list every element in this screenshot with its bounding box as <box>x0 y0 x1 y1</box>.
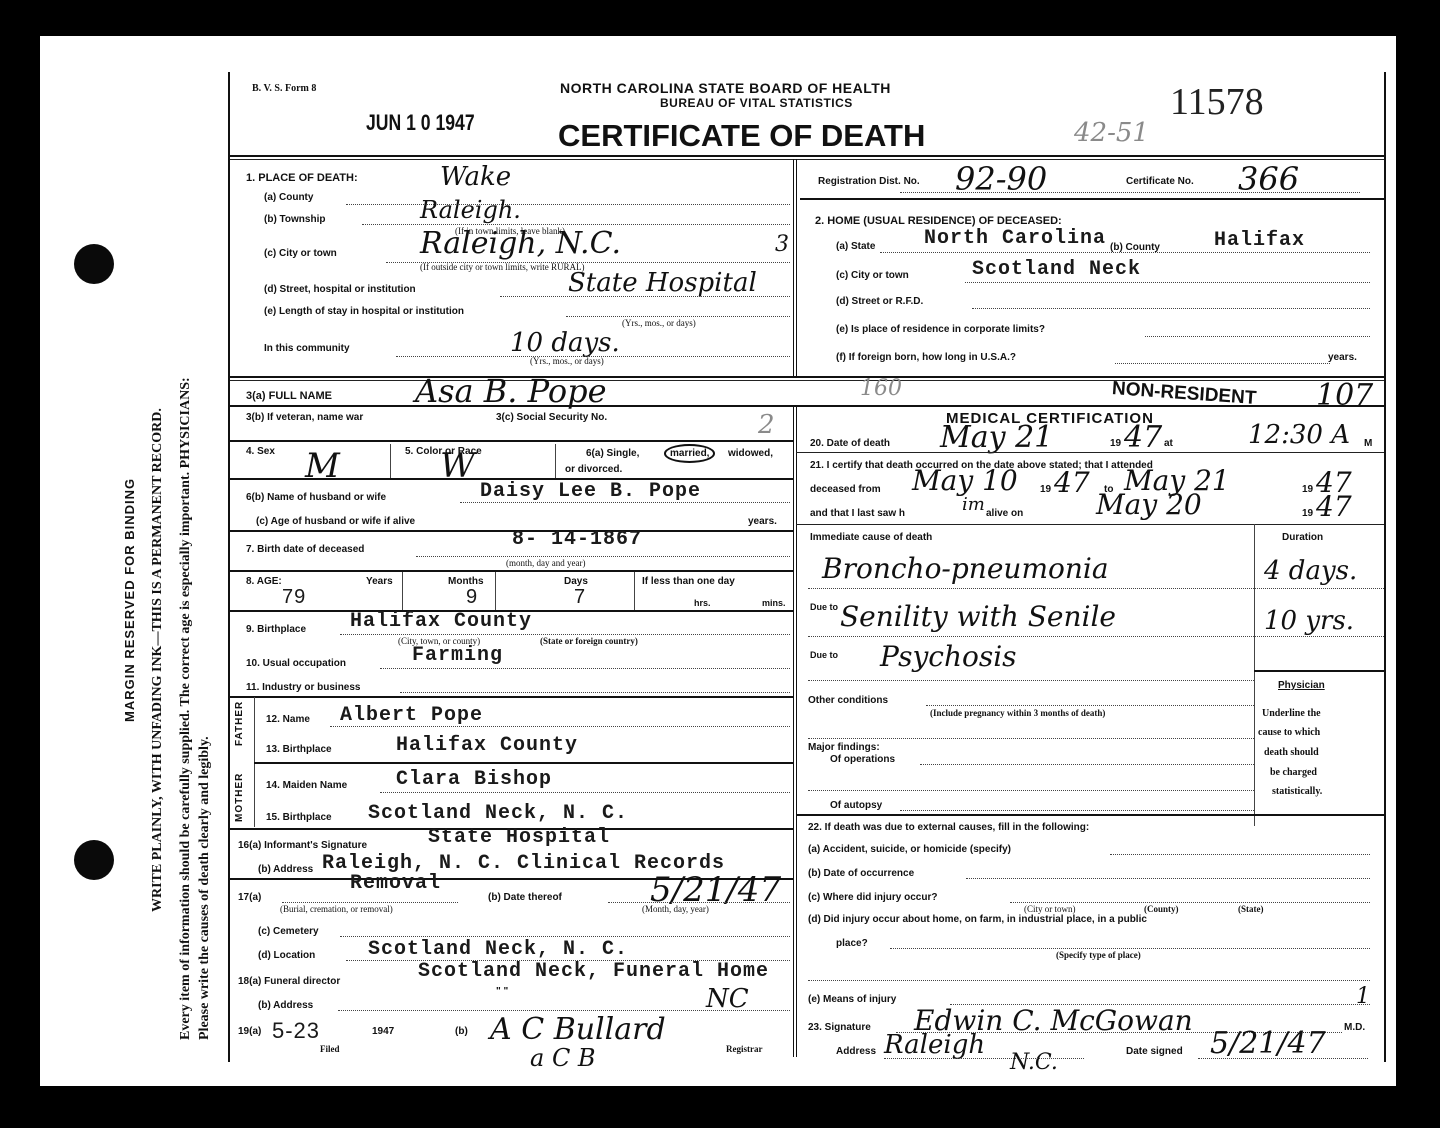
form-id: B. V. S. Form 8 <box>252 83 316 94</box>
age-years-label: Years <box>366 576 393 587</box>
pencil-code: 42-51 <box>1074 118 1149 148</box>
birthplace-note-state: (State or foreign country) <box>540 636 638 646</box>
line <box>884 1058 1084 1059</box>
home-corporate-label: (e) Is place of residence in corporate l… <box>836 324 1045 335</box>
certificate-paper <box>40 36 1396 1086</box>
mother-birthplace-label: 15. Birthplace <box>266 812 332 823</box>
line <box>566 316 790 317</box>
line <box>380 792 790 793</box>
alive-on-year: 47 <box>1316 490 1352 523</box>
date-signed-value: 5/21/47 <box>1210 1026 1326 1061</box>
operations-label: Of operations <box>830 754 895 765</box>
marital-single: 6(a) Single, <box>586 448 639 459</box>
rule <box>230 405 1384 407</box>
death-time-at: at <box>1164 438 1173 449</box>
registrar-initials: a C B <box>530 1044 596 1072</box>
physician-note-4: be charged <box>1270 767 1317 778</box>
death-street-value: State Hospital <box>568 268 757 298</box>
cemetery-label: (c) Cemetery <box>258 926 319 937</box>
age-years-value: 79 <box>282 586 306 609</box>
line <box>808 680 1254 681</box>
other-conditions-note: (Include pregnancy within 3 months of de… <box>930 708 1105 718</box>
birthplace-label: 9. Birthplace <box>246 624 306 635</box>
death-year-prefix: 19 <box>1110 438 1121 449</box>
board-name: NORTH CAROLINA STATE BOARD OF HEALTH <box>560 80 891 96</box>
age-months-value: 9 <box>466 586 478 609</box>
line <box>890 948 1370 949</box>
funeral-director-value: Scotland Neck, Funeral Home <box>418 960 769 983</box>
informant-address-label: (b) Address <box>258 864 313 875</box>
rule <box>230 570 793 572</box>
line <box>920 764 1254 765</box>
line <box>808 790 1254 791</box>
death-time-suffix: M <box>1364 438 1372 449</box>
line <box>972 308 1370 309</box>
line <box>900 810 1254 811</box>
major-findings-label: Major findings: <box>808 742 880 753</box>
frame-right-border <box>1384 72 1386 1062</box>
divider <box>495 572 496 610</box>
external-c-county: (County) <box>1144 904 1179 914</box>
home-street-label: (d) Street or R.F.D. <box>836 296 923 307</box>
physician-note-3: death should <box>1264 747 1319 758</box>
registrar-signature: A C Bullard <box>490 1012 666 1047</box>
line <box>400 692 790 693</box>
sex-label: 4. Sex <box>246 446 275 457</box>
death-street-label: (d) Street, hospital or institution <box>264 284 416 295</box>
occupation-label: 10. Usual occupation <box>246 658 346 669</box>
rule <box>230 696 793 698</box>
disposal-note: (Burial, cremation, or removal) <box>280 904 393 914</box>
birth-date-value: 8- 14-1867 <box>512 528 642 551</box>
death-city-mark: 3 <box>775 232 789 257</box>
frame-left-border <box>228 72 230 1062</box>
birthplace-value: Halifax County <box>350 610 532 633</box>
funeral-director-marks: " " <box>496 986 508 997</box>
line <box>880 252 1370 253</box>
death-county-value: Wake <box>440 162 511 192</box>
registrar-note: Registrar <box>726 1044 762 1054</box>
alive-on-value: May 20 <box>1096 488 1202 521</box>
cause-2-value: Senility with Senile <box>840 600 1116 633</box>
mother-tag: MOTHER <box>234 773 245 822</box>
line <box>346 204 790 205</box>
external-c-label: (c) Where did injury occur? <box>808 892 937 903</box>
father-name-label: 12. Name <box>266 714 310 725</box>
external-e-label: (e) Means of injury <box>808 994 896 1005</box>
disposal-date-note: (Month, day, year) <box>642 904 709 914</box>
due-to-label-1: Due to <box>810 602 838 612</box>
spouse-value: Daisy Lee B. Pope <box>480 480 701 503</box>
marital-married-circled: married, <box>664 444 715 463</box>
divider <box>402 572 403 610</box>
rule <box>796 524 1384 525</box>
home-foreign-suffix: years. <box>1328 352 1357 363</box>
main-divider <box>793 405 797 1057</box>
last-saw-pronoun: im <box>962 494 985 515</box>
registrar-label: (b) <box>455 1026 468 1037</box>
informant-signature-value: State Hospital <box>428 826 610 849</box>
external-b-label: (b) Date of occurrence <box>808 868 914 879</box>
external-d-note: (Specify type of place) <box>1056 950 1141 960</box>
community-label: In this community <box>264 343 350 354</box>
line <box>1115 363 1330 364</box>
line <box>926 705 1254 706</box>
home-city-label: (c) City or town <box>836 270 909 281</box>
line <box>460 502 790 503</box>
death-time-value: 12:30 A <box>1248 420 1350 450</box>
line <box>1198 1058 1368 1059</box>
divider <box>634 572 635 610</box>
line <box>608 902 790 903</box>
line <box>338 1010 790 1011</box>
death-city-value: Raleigh, N.C. <box>420 226 621 261</box>
divider <box>555 444 556 478</box>
funeral-director-label: 18(a) Funeral director <box>238 976 340 987</box>
binder-hole-top <box>74 244 114 284</box>
home-city-value: Scotland Neck <box>972 258 1141 281</box>
death-city-label: (c) City or town <box>264 248 337 259</box>
line <box>808 588 1384 589</box>
rule <box>230 440 793 442</box>
duration-divider <box>1254 524 1255 826</box>
stay-note: (Yrs., mos., or days) <box>622 318 696 328</box>
birth-date-label: 7. Birth date of deceased <box>246 544 364 555</box>
home-county-value: Halifax <box>1214 229 1305 252</box>
file-number: 11578 <box>1170 80 1264 124</box>
rule <box>796 814 1384 816</box>
attended-from-value: May 10 <box>912 464 1018 497</box>
father-birthplace-value: Halifax County <box>396 734 578 757</box>
duration-label: Duration <box>1282 532 1323 543</box>
registration-label: Registration Dist. No. <box>818 176 920 187</box>
spouse-label: 6(b) Name of husband or wife <box>246 492 386 503</box>
death-year: 47 <box>1124 420 1162 455</box>
line <box>282 902 458 903</box>
non-resident-code: 107 <box>1316 378 1373 413</box>
place-of-death-heading: 1. PLACE OF DEATH: <box>246 172 358 184</box>
cause-3-value: Psychosis <box>880 640 1017 673</box>
disposal-value: Removal <box>350 872 441 895</box>
city-note: (If outside city or town limits, write R… <box>420 262 584 272</box>
race-value: W <box>440 446 475 486</box>
mins-label: mins. <box>762 598 786 608</box>
funeral-address-label: (b) Address <box>258 1000 313 1011</box>
signature-label: 23. Signature <box>808 1022 871 1033</box>
line <box>340 936 790 937</box>
community-value: 10 days. <box>510 328 620 358</box>
margin-permanent-record: WRITE PLAINLY, WITH UNFADING INK—THIS IS… <box>150 408 166 912</box>
signature-suffix: M.D. <box>1344 1022 1365 1033</box>
industry-label: 11. Industry or business <box>246 682 360 693</box>
immediate-cause-label: Immediate cause of death <box>810 532 932 543</box>
line <box>1145 336 1370 337</box>
binder-hole-bottom <box>74 840 114 880</box>
external-c-city: (City or town) <box>1024 904 1076 914</box>
line <box>340 634 790 635</box>
rule <box>796 452 1384 453</box>
line <box>966 878 1370 879</box>
margin-binding-note: MARGIN RESERVED FOR BINDING <box>122 478 137 722</box>
death-township-value: Raleigh. <box>420 196 521 224</box>
death-date-value: May 21 <box>940 420 1053 455</box>
duration-2-value: 10 yrs. <box>1264 606 1354 636</box>
line <box>500 296 790 297</box>
rule <box>254 762 793 764</box>
age-days-value: 7 <box>574 586 586 609</box>
section-rule-2 <box>230 380 1384 381</box>
external-a-label: (a) Accident, suicide, or homicide (spec… <box>808 844 1011 855</box>
marital-divorced: or divorced. <box>565 464 622 475</box>
hrs-label: hrs. <box>694 598 711 608</box>
line <box>362 224 790 225</box>
year-prefix-2: 19 <box>1302 484 1313 495</box>
date-signed-label: Date signed <box>1126 1046 1183 1057</box>
sex-value: M <box>305 446 340 486</box>
full-name-label: 3(a) FULL NAME <box>246 390 332 402</box>
filed-date-value: 5-23 <box>272 1018 320 1044</box>
line <box>416 556 790 557</box>
year-prefix-1: 19 <box>1040 484 1051 495</box>
header-rule-2 <box>230 159 1384 160</box>
year-prefix-3: 19 <box>1302 508 1313 519</box>
autopsy-label: Of autopsy <box>830 800 882 811</box>
due-to-label-2: Due to <box>810 650 838 660</box>
veteran-label: 3(b) If veteran, name war <box>246 412 363 423</box>
less-than-day-label: If less than one day <box>642 576 735 587</box>
home-foreign-label: (f) If foreign born, how long in U.S.A.? <box>836 352 1016 363</box>
line <box>808 636 1384 637</box>
mother-name-value: Clara Bishop <box>396 768 552 791</box>
home-state-value: North Carolina <box>924 227 1106 250</box>
pencil-160: 160 <box>860 376 902 401</box>
signature-address-label: Address <box>836 1046 876 1057</box>
external-e-mark: 1 <box>1356 984 1370 1009</box>
physician-note-5: statistically. <box>1272 786 1322 797</box>
death-date-label: 20. Date of death <box>810 438 890 449</box>
stay-label: (e) Length of stay in hospital or instit… <box>264 306 464 317</box>
registration-line <box>900 192 1360 193</box>
disposal-label: 17(a) <box>238 892 261 903</box>
death-county-label: (a) County <box>264 192 313 203</box>
alive-on-label: alive on <box>986 508 1023 519</box>
registration-rule <box>800 198 1384 200</box>
father-name-value: Albert Pope <box>340 704 483 727</box>
father-tag: FATHER <box>234 701 245 746</box>
external-c-state: (State) <box>1238 904 1264 914</box>
disposal-date-label: (b) Date thereof <box>488 892 562 903</box>
home-state-label: (a) State <box>836 241 875 252</box>
line <box>1010 902 1370 903</box>
spouse-age-suffix: years. <box>748 516 777 527</box>
informant-signature-label: 16(a) Informant's Signature <box>238 840 367 851</box>
external-d-label-2: place? <box>836 938 868 949</box>
ssn-label: 3(c) Social Security No. <box>496 412 666 423</box>
filed-note: Filed <box>320 1044 340 1054</box>
line <box>1110 854 1370 855</box>
certificate-title: CERTIFICATE OF DEATH <box>558 118 925 154</box>
marital-widowed: widowed, <box>728 448 773 459</box>
other-conditions-label: Other conditions <box>808 695 888 706</box>
header-rule <box>230 155 1384 157</box>
line <box>380 668 790 669</box>
spouse-age-label: (c) Age of husband or wife if alive <box>256 516 415 527</box>
birth-date-note: (month, day and year) <box>506 558 585 568</box>
margin-instruction-2: Please write the causes of death clearly… <box>197 736 213 1040</box>
occupation-value: Farming <box>412 644 503 667</box>
mother-birthplace-value: Scotland Neck, N. C. <box>368 802 628 825</box>
death-township-label: (b) Township <box>264 214 325 225</box>
rule <box>1254 670 1384 672</box>
duration-1-value: 4 days. <box>1264 556 1357 586</box>
bureau-name: BUREAU OF VITAL STATISTICS <box>660 96 853 110</box>
mother-name-label: 14. Maiden Name <box>266 780 347 791</box>
signature-address-state: N.C. <box>1010 1050 1058 1075</box>
certificate-label: Certificate No. <box>1126 176 1194 187</box>
community-note: (Yrs., mos., or days) <box>530 356 604 366</box>
signature-address-value: Raleigh <box>884 1030 985 1060</box>
ssn-mark: 2 <box>758 410 775 440</box>
physician-note-1: Underline the <box>1262 708 1321 719</box>
filed-year: 1947 <box>372 1026 394 1037</box>
section1-divider <box>793 159 797 377</box>
divider <box>390 444 391 478</box>
received-date-stamp: JUN 1 0 1947 <box>366 110 475 136</box>
attended-from-label: deceased from <box>810 484 881 495</box>
filed-label: 19(a) <box>238 1026 261 1037</box>
external-d-label: (d) Did injury occur about home, on farm… <box>808 914 1147 925</box>
section-rule <box>230 376 1384 378</box>
age-label: 8. AGE: <box>246 576 282 587</box>
physician-heading: Physician <box>1278 680 1325 691</box>
line <box>808 980 1370 981</box>
external-heading: 22. If death was due to external causes,… <box>808 822 1089 833</box>
last-saw-label: and that I last saw h <box>810 508 905 519</box>
physician-note-2: cause to which <box>1258 727 1320 738</box>
location-value: Scotland Neck, N. C. <box>368 938 628 961</box>
location-label: (d) Location <box>258 950 315 961</box>
cause-1-value: Broncho-pneumonia <box>822 552 1109 585</box>
home-heading: 2. HOME (USUAL RESIDENCE) OF DECEASED: <box>815 215 1062 227</box>
margin-instruction-1: Every item of information should be care… <box>178 377 194 1040</box>
line <box>808 738 1254 739</box>
attended-from-year: 47 <box>1054 466 1090 499</box>
line <box>330 726 790 727</box>
line <box>965 282 1370 283</box>
father-birthplace-label: 13. Birthplace <box>266 744 332 755</box>
